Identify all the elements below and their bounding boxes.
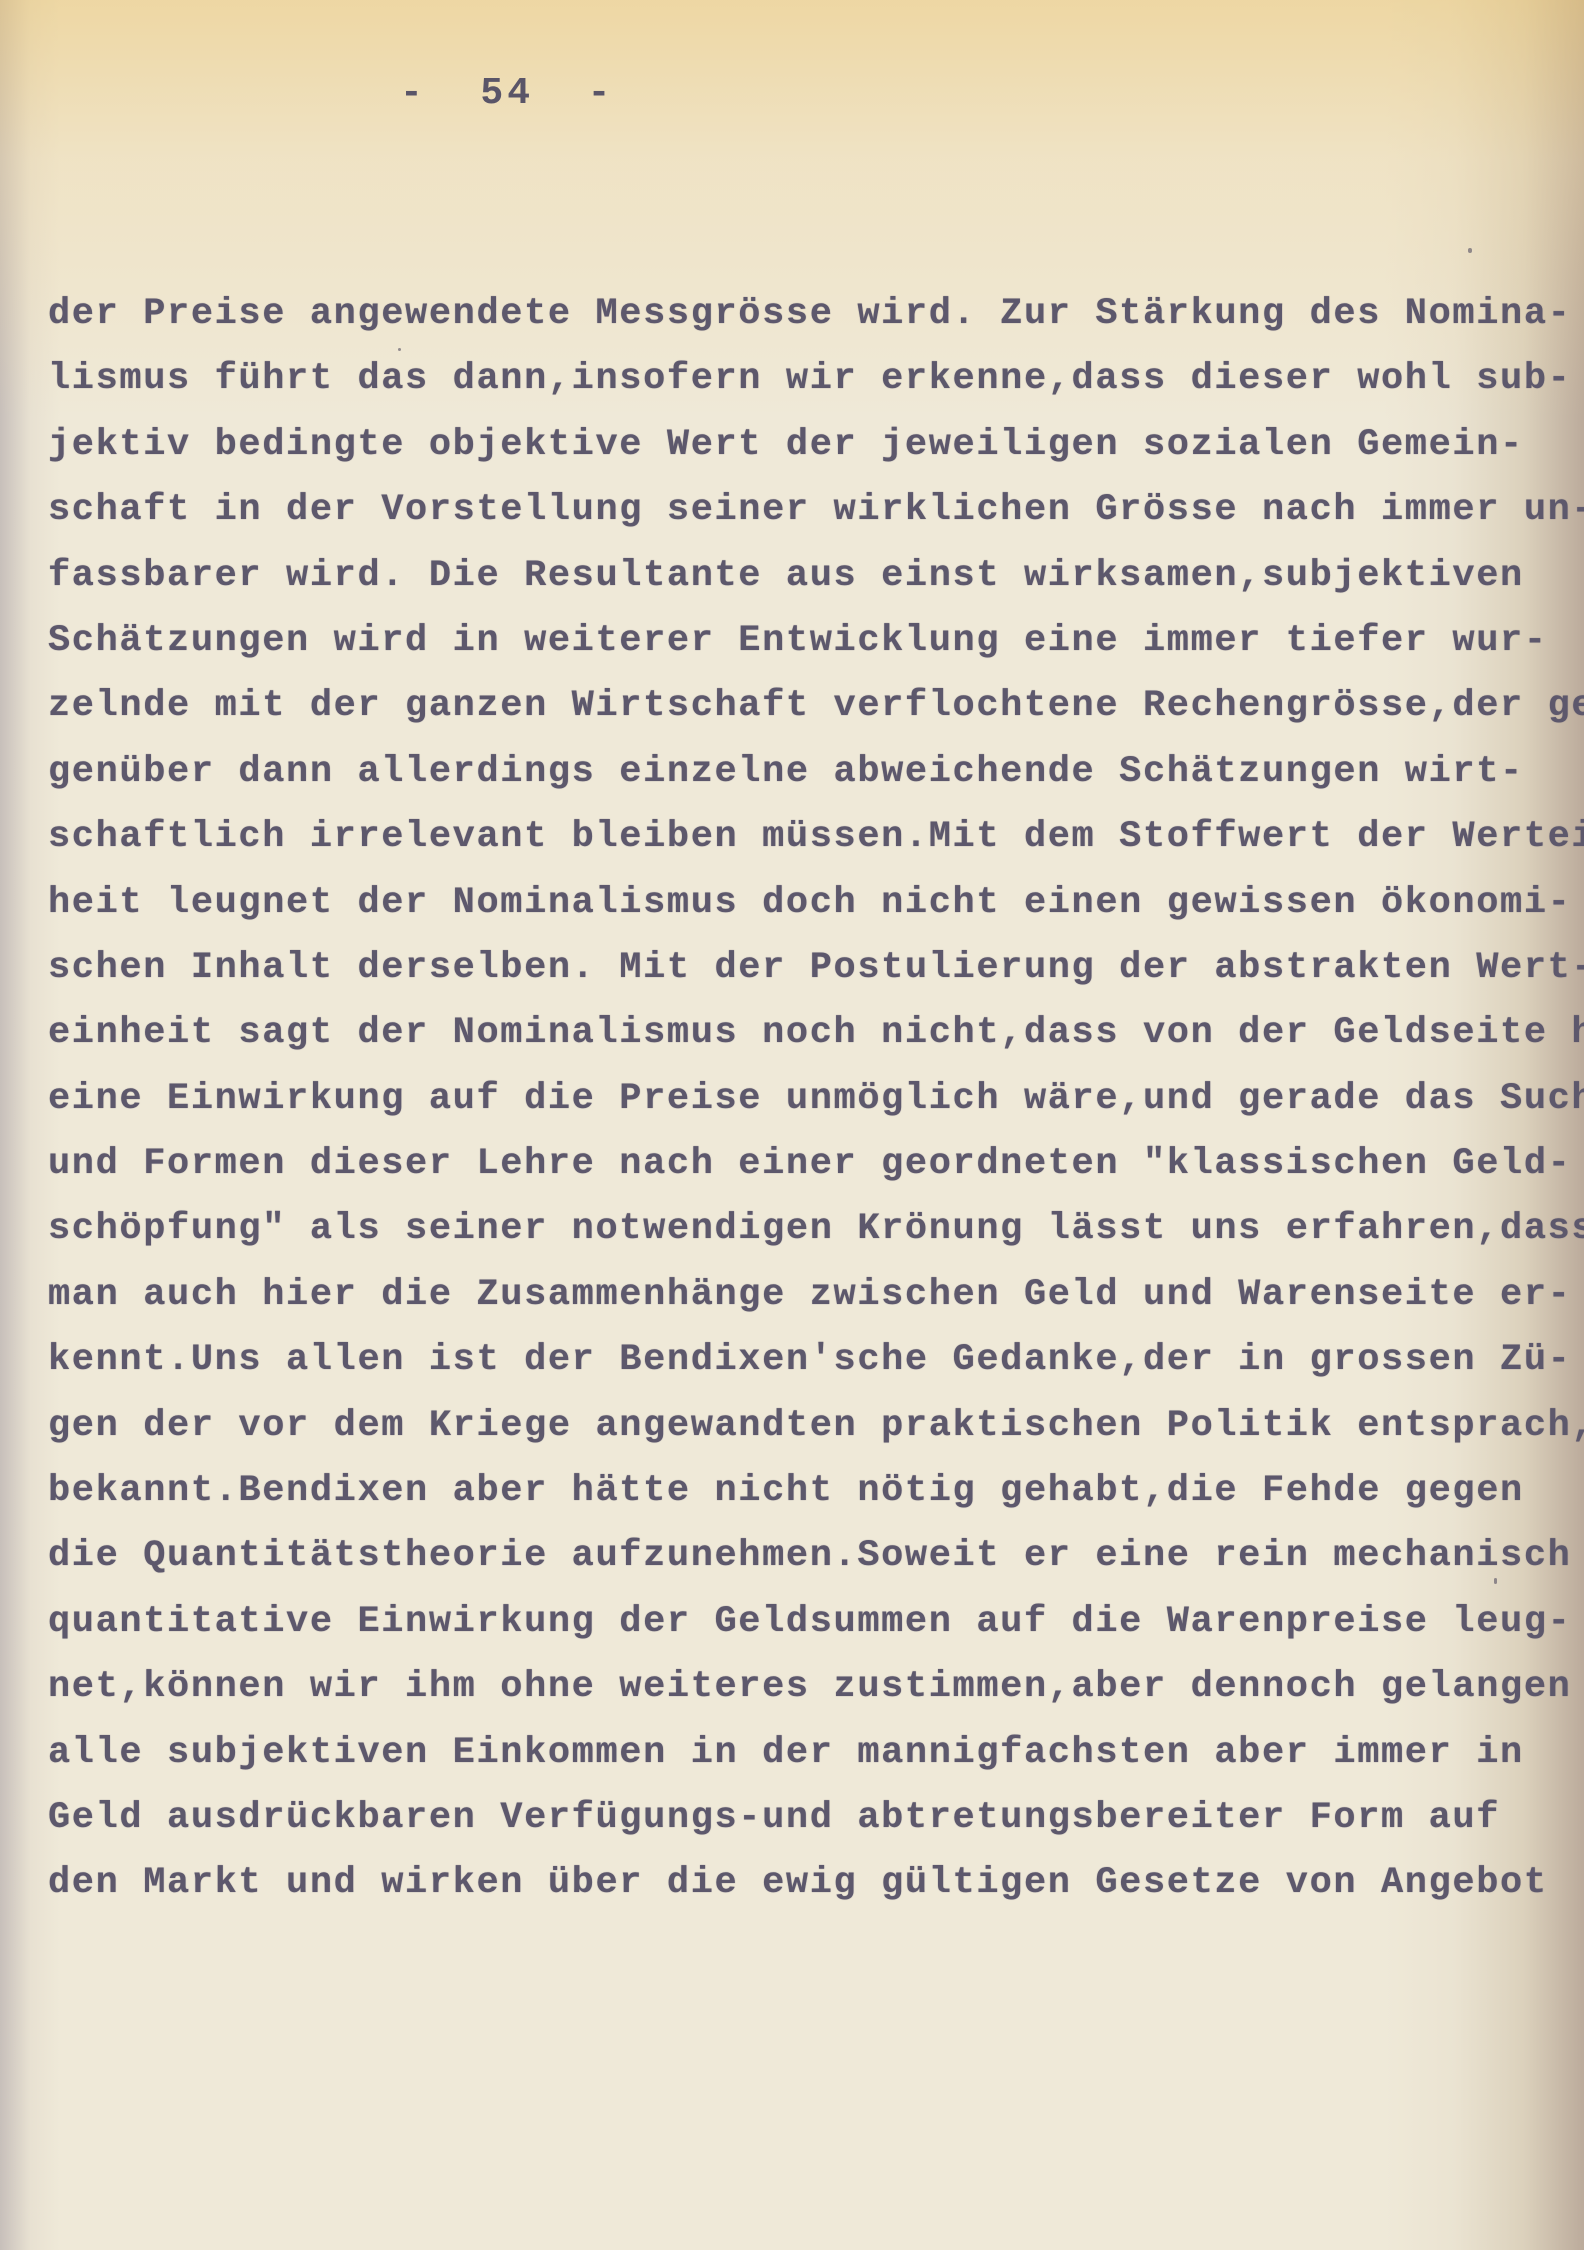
text-line: den Markt und wirken über die ewig gülti… xyxy=(48,1851,1548,1916)
text-line: lismus führt das dann,insofern wir erken… xyxy=(48,347,1548,412)
text-line: quantitative Einwirkung der Geldsummen a… xyxy=(48,1590,1548,1655)
page-number: - 54 - xyxy=(400,72,600,115)
text-line: einheit sagt der Nominalismus noch nicht… xyxy=(48,1001,1548,1066)
ink-speck xyxy=(1468,248,1472,253)
text-line: genüber dann allerdings einzelne abweich… xyxy=(48,740,1548,805)
typewritten-body: der Preise angewendete Messgrösse wird. … xyxy=(48,282,1548,1917)
text-line: schaft in der Vorstellung seiner wirklic… xyxy=(48,478,1548,543)
text-line: jektiv bedingte objektive Wert der jewei… xyxy=(48,413,1548,478)
text-line: fassbarer wird. Die Resultante aus einst… xyxy=(48,544,1548,609)
text-line: schen Inhalt derselben. Mit der Postulie… xyxy=(48,936,1548,1001)
scanned-page: - 54 - der Preise angewendete Messgrösse… xyxy=(0,0,1584,2250)
text-line: und Formen dieser Lehre nach einer geord… xyxy=(48,1132,1548,1197)
text-line: schaftlich irrelevant bleiben müssen.Mit… xyxy=(48,805,1548,870)
text-line: net,können wir ihm ohne weiteres zustimm… xyxy=(48,1655,1548,1720)
text-line: schöpfung" als seiner notwendigen Krönun… xyxy=(48,1197,1548,1262)
text-line: zelnde mit der ganzen Wirtschaft verfloc… xyxy=(48,674,1548,739)
text-line: gen der vor dem Kriege angewandten prakt… xyxy=(48,1394,1548,1459)
text-line: kennt.Uns allen ist der Bendixen'sche Ge… xyxy=(48,1328,1548,1393)
text-line: bekannt.Bendixen aber hätte nicht nötig … xyxy=(48,1459,1548,1524)
text-line: man auch hier die Zusammenhänge zwischen… xyxy=(48,1263,1548,1328)
text-line: heit leugnet der Nominalismus doch nicht… xyxy=(48,871,1548,936)
text-line: Geld ausdrückbaren Verfügungs-und abtret… xyxy=(48,1786,1548,1851)
text-line: alle subjektiven Einkommen in der mannig… xyxy=(48,1721,1548,1786)
text-line: eine Einwirkung auf die Preise unmöglich… xyxy=(48,1067,1548,1132)
text-line: Schätzungen wird in weiterer Entwicklung… xyxy=(48,609,1548,674)
text-line: die Quantitätstheorie aufzunehmen.Soweit… xyxy=(48,1524,1548,1589)
text-line: der Preise angewendete Messgrösse wird. … xyxy=(48,282,1548,347)
